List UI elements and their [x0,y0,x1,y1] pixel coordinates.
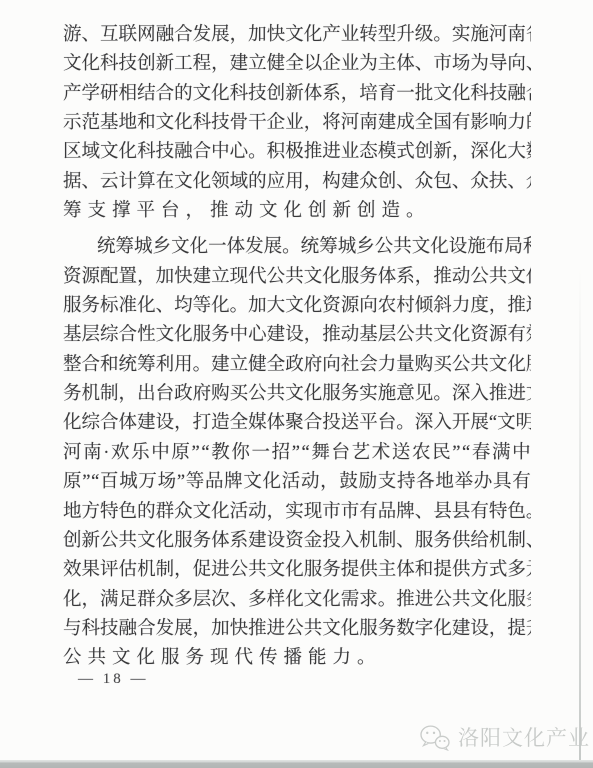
paragraph-public-culture: 统筹城乡文化一体发展。统筹城乡公共文化设施布局和 资源配置，加快建立现代公共文化… [63,233,531,673]
text-line: 地方特色的群众文化活动，实现市市有品牌、县县有特色。 [63,498,531,527]
text-line: 务机制，出台政府购买公共文化服务实施意见。深入推进文 [63,380,531,409]
text-line: 统筹城乡文化一体发展。统筹城乡公共文化设施布局和 [63,233,531,262]
text-line: 整合和统筹利用。建立健全政府向社会力量购买公共文化服 [63,351,531,380]
watermark: 洛阳文化产业 [419,722,590,752]
wechat-icon [419,724,450,751]
document-body: 游、互联网融合发展，加快文化产业转型升级。实施河南省 文化科技创新工程，建立健全… [63,21,531,674]
text-line: 文化科技创新工程，建立健全以企业为主体、市场为导向、 [63,50,531,79]
text-line: 产学研相结合的文化科技创新体系，培育一批文化科技融合 [63,80,531,109]
text-line: 游、互联网融合发展，加快文化产业转型升级。实施河南省 [63,21,531,50]
text-line: 河南·欢乐中原”“教你一招”“舞台艺术送农民”“春满中 [63,439,531,468]
text-line: 筹支撑平台，推动文化创新创造。 [63,197,531,226]
text-line: 与科技融合发展，加快推进公共文化服务数字化建设，提升 [63,615,531,644]
text-line: 据、云计算在文化领域的应用，构建众创、众包、众扶、众 [63,168,531,197]
text-line: 资源配置，加快建立现代公共文化服务体系，推动公共文化 [63,263,531,292]
text-line: 化，满足群众多层次、多样化文化需求。推进公共文化服务 [63,586,531,615]
text-line: 创新公共文化服务体系建设资金投入机制、服务供给机制、 [63,527,531,556]
scan-bottom-edge [0,760,593,768]
paragraph-culture-tech: 游、互联网融合发展，加快文化产业转型升级。实施河南省 文化科技创新工程，建立健全… [63,21,531,226]
page-edge-shadow [579,268,581,768]
scanned-document-page: 游、互联网融合发展，加快文化产业转型升级。实施河南省 文化科技创新工程，建立健全… [0,0,593,768]
text-line: 公共文化服务现代传播能力。 [63,644,531,673]
text-line: 区域文化科技融合中心。积极推进业态模式创新，深化大数 [63,138,531,167]
text-line: 原”“百城万场”等品牌文化活动，鼓励支持各地举办具有 [63,468,531,497]
text-line: 效果评估机制，促进公共文化服务提供主体和提供方式多元 [63,556,531,585]
text-line: 基层综合性文化服务中心建设，推动基层公共文化资源有效 [63,321,531,350]
watermark-label: 洛阳文化产业 [458,722,590,752]
text-line: 示范基地和文化科技骨干企业，将河南建成全国有影响力的 [63,109,531,138]
text-line: 服务标准化、均等化。加大文化资源向农村倾斜力度，推进 [63,292,531,321]
text-line: 化综合体建设，打造全媒体聚合投送平台。深入开展“文明 [63,409,531,438]
page-number: — 18 — [78,671,149,688]
